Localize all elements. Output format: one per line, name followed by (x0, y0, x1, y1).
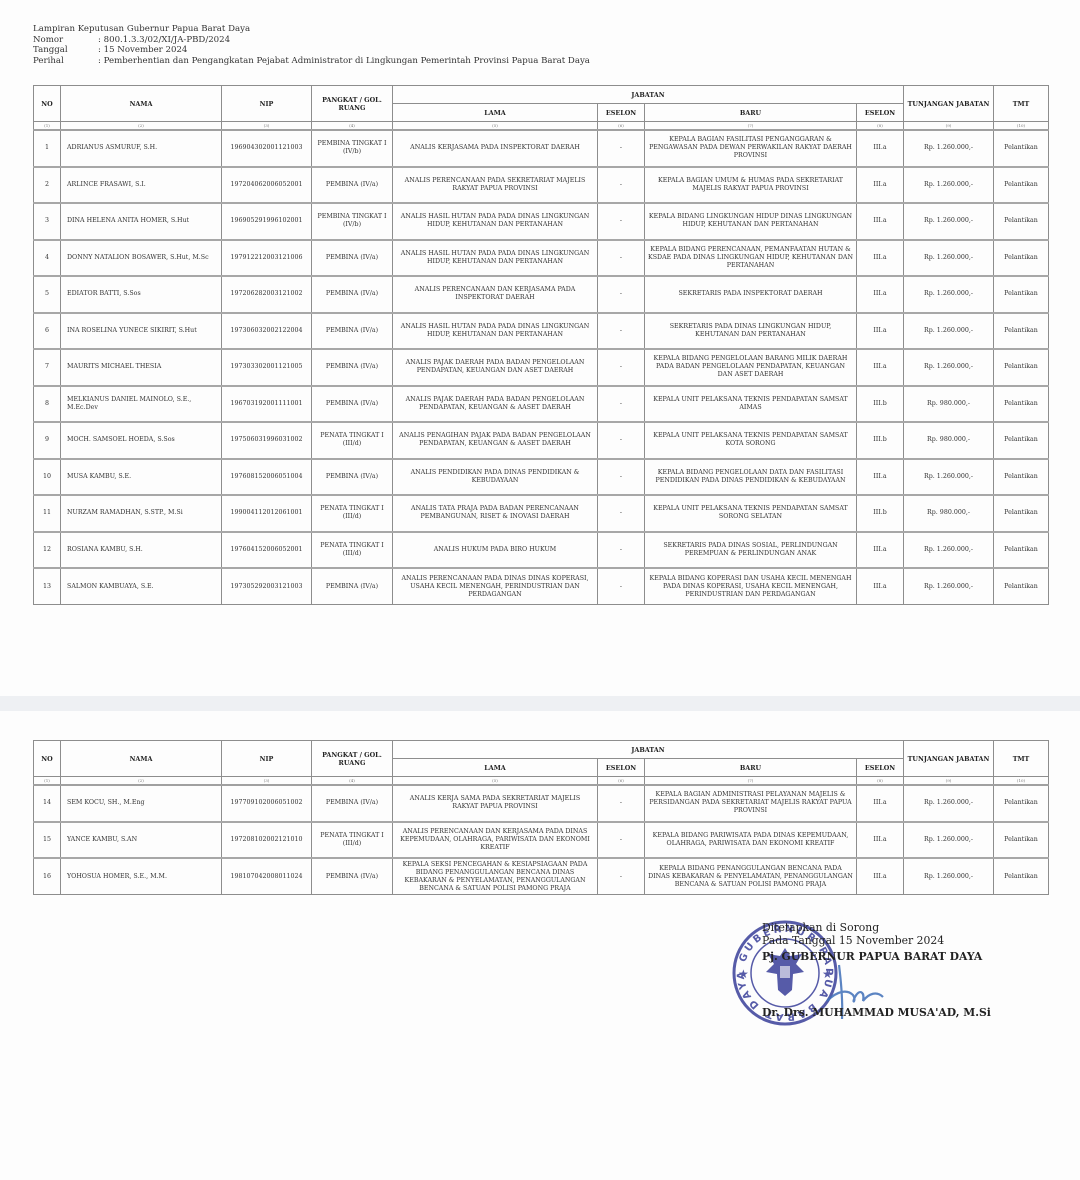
svg-text:★: ★ (738, 967, 749, 981)
row-nama: YANCE KAMBU, S.AN (61, 822, 222, 859)
row-eselon-baru: III.b (857, 495, 904, 532)
row-tunjangan: Rp. 1.260.000,- (904, 203, 994, 240)
signature-date: Pada Tanggal 15 November 2024 (762, 935, 991, 948)
table-row: 6INA ROSELINA YUNECE SIKIRIT, S.Hut19730… (34, 313, 1049, 350)
row-nama: ROSIANA KAMBU, S.H. (61, 532, 222, 569)
row-pangkat: PENATA TINGKAT I (III/d) (312, 822, 393, 859)
column-header-pangkat: PANGKAT / GOL. RUANG (312, 741, 393, 777)
table-row: 5EDIATOR BATTI, S.Sos197206282003121002P… (34, 276, 1049, 313)
row-jabatan-baru: KEPALA BIDANG KOPERASI DAN USAHA KECIL M… (645, 568, 857, 605)
row-nama: INA ROSELINA YUNECE SIKIRIT, S.Hut (61, 313, 222, 350)
column-header-nama: NAMA (61, 86, 222, 122)
column-index-10: (10) (994, 122, 1049, 131)
row-tunjangan: Rp. 1.260.000,- (904, 785, 994, 822)
row-jabatan-lama: ANALIS PERENCANAAN PADA SEKRETARIAT MAJE… (393, 167, 598, 204)
column-index-8: (8) (857, 122, 904, 131)
row-jabatan-lama: ANALIS PERENCANAAN DAN KERJASAMA PADA IN… (393, 276, 598, 313)
row-jabatan-baru: KEPALA UNIT PELAKSANA TEKNIS PENDAPATAN … (645, 422, 857, 459)
column-header-nama: NAMA (61, 741, 222, 777)
row-jabatan-baru: KEPALA BAGIAN ADMINISTRASI PELAYANAN MAJ… (645, 785, 857, 822)
column-header-tunjangan: TUNJANGAN JABATAN (904, 741, 994, 777)
row-nip: 197206282003121002 (222, 276, 312, 313)
row-pangkat: PEMBINA TINGKAT I (IV/b) (312, 130, 393, 167)
row-jabatan-lama: ANALIS PENAGIHAN PAJAK PADA BADAN PENGEL… (393, 422, 598, 459)
row-eselon-lama: - (598, 822, 645, 859)
row-no: 6 (34, 313, 61, 350)
column-index-10: (10) (994, 777, 1049, 786)
row-nip: 197608152006051004 (222, 459, 312, 496)
column-header-no: NO (34, 86, 61, 122)
table-row: 13SALMON KAMBUAYA, S.E.19730529200312100… (34, 568, 1049, 605)
document-page-1: Lampiran Keputusan Gubernur Papua Barat … (0, 0, 1080, 696)
table-row: 9MOCH. SAMSOEL HOEDA, S.Sos1975060319960… (34, 422, 1049, 459)
row-jabatan-lama: ANALIS HUKUM PADA BIRO HUKUM (393, 532, 598, 569)
row-nama: ARLINCE FRASAWI, S.I. (61, 167, 222, 204)
row-nama: SALMON KAMBUAYA, S.E. (61, 568, 222, 605)
table-row: 10MUSA KAMBU, S.E.197608152006051004PEMB… (34, 459, 1049, 496)
row-tmt: Pelantikan (994, 532, 1049, 569)
row-nip: 197306032002122004 (222, 313, 312, 350)
row-nip: 196904302001121003 (222, 130, 312, 167)
column-header-nip: NIP (222, 741, 312, 777)
row-jabatan-baru: KEPALA BIDANG LINGKUNGAN HIDUP DINAS LIN… (645, 203, 857, 240)
column-header-tmt: TMT (994, 86, 1049, 122)
row-nip: 198107042008011024 (222, 858, 312, 895)
column-header-tunjangan: TUNJANGAN JABATAN (904, 86, 994, 122)
column-header-jabatan: JABATAN (393, 741, 904, 759)
row-pangkat: PEMBINA (IV/a) (312, 349, 393, 386)
row-tmt: Pelantikan (994, 313, 1049, 350)
column-header-pangkat: PANGKAT / GOL. RUANG (312, 86, 393, 122)
signature-place: Ditetapkan di Sorong (762, 922, 991, 935)
row-jabatan-baru: KEPALA UNIT PELAKSANA TEKNIS PENDAPATAN … (645, 495, 857, 532)
row-tmt: Pelantikan (994, 822, 1049, 859)
column-index-7: (7) (645, 122, 857, 131)
row-nama: EDIATOR BATTI, S.Sos (61, 276, 222, 313)
row-tunjangan: Rp. 1.260.000,- (904, 130, 994, 167)
row-no: 8 (34, 386, 61, 423)
row-jabatan-lama: ANALIS KERJA SAMA PADA SEKRETARIAT MAJEL… (393, 785, 598, 822)
row-tunjangan: Rp. 1.260.000,- (904, 532, 994, 569)
row-jabatan-baru: KEPALA UNIT PELAKSANA TEKNIS PENDAPATAN … (645, 386, 857, 423)
row-tmt: Pelantikan (994, 349, 1049, 386)
column-header-eselon-baru: ESELON (857, 759, 904, 777)
signature-block: Ditetapkan di Sorong Pada Tanggal 15 Nov… (762, 922, 991, 1019)
row-nip: 197506031996031002 (222, 422, 312, 459)
row-no: 13 (34, 568, 61, 605)
table-row: 12ROSIANA KAMBU, S.H.197604152006052001P… (34, 532, 1049, 569)
row-no: 10 (34, 459, 61, 496)
column-index-8: (8) (857, 777, 904, 786)
row-eselon-baru: III.a (857, 459, 904, 496)
row-eselon-lama: - (598, 495, 645, 532)
row-eselon-lama: - (598, 785, 645, 822)
header-field-perihal: Perihal Pemberhentian dan Pengangkatan P… (33, 56, 590, 67)
row-eselon-baru: III.a (857, 822, 904, 859)
row-no: 11 (34, 495, 61, 532)
row-tmt: Pelantikan (994, 167, 1049, 204)
column-index-7: (7) (645, 777, 857, 786)
row-tmt: Pelantikan (994, 858, 1049, 895)
row-no: 15 (34, 822, 61, 859)
row-eselon-baru: III.a (857, 240, 904, 277)
row-jabatan-baru: KEPALA BIDANG PENANGGULANGAN BENCANA PAD… (645, 858, 857, 895)
column-index-1: (1) (34, 122, 61, 131)
row-jabatan-lama: ANALIS HASIL HUTAN PADA PADA DINAS LINGK… (393, 203, 598, 240)
row-nama: SEM KOCU, SH., M.Eng (61, 785, 222, 822)
row-nip: 197204062006052001 (222, 167, 312, 204)
page-break-gap (0, 696, 1080, 711)
column-header-no: NO (34, 741, 61, 777)
row-jabatan-lama: ANALIS HASIL HUTAN PADA PADA DINAS LINGK… (393, 313, 598, 350)
row-jabatan-baru: KEPALA BIDANG PERENCANAAN, PEMANFAATAN H… (645, 240, 857, 277)
header-title: Lampiran Keputusan Gubernur Papua Barat … (33, 24, 590, 35)
row-nama: NURZAM RAMADHAN, S.STP., M.Si (61, 495, 222, 532)
row-eselon-baru: III.a (857, 858, 904, 895)
row-eselon-lama: - (598, 386, 645, 423)
row-nip: 197305292003121003 (222, 568, 312, 605)
column-index-1: (1) (34, 777, 61, 786)
row-tmt: Pelantikan (994, 276, 1049, 313)
column-index-3: (3) (222, 777, 312, 786)
row-eselon-baru: III.b (857, 386, 904, 423)
row-jabatan-baru: SEKRETARIS PADA DINAS LINGKUNGAN HIDUP, … (645, 313, 857, 350)
header-field-tanggal: Tanggal 15 November 2024 (33, 45, 590, 56)
row-tunjangan: Rp. 1.260.000,- (904, 459, 994, 496)
column-index-4: (4) (312, 777, 393, 786)
row-tunjangan: Rp. 1.260.000,- (904, 822, 994, 859)
row-pangkat: PEMBINA (IV/a) (312, 313, 393, 350)
row-jabatan-lama: ANALIS PERENCANAAN DAN KERJASAMA PADA DI… (393, 822, 598, 859)
row-jabatan-lama: ANALIS HASIL HUTAN PADA PADA DINAS LINGK… (393, 240, 598, 277)
row-jabatan-lama: ANALIS KERJASAMA PADA INSPEKTORAT DAERAH (393, 130, 598, 167)
row-eselon-lama: - (598, 568, 645, 605)
row-jabatan-baru: KEPALA BAGIAN UMUM & HUMAS PADA SEKRETAR… (645, 167, 857, 204)
row-eselon-baru: III.a (857, 167, 904, 204)
row-eselon-lama: - (598, 130, 645, 167)
column-header-lama: LAMA (393, 104, 598, 122)
row-eselon-baru: III.a (857, 785, 904, 822)
row-nama: DONNY NATALION BOSAWER, S.Hut, M.Sc (61, 240, 222, 277)
row-eselon-baru: III.b (857, 422, 904, 459)
row-jabatan-lama: ANALIS TATA PRAJA PADA BADAN PERENCANAAN… (393, 495, 598, 532)
row-tunjangan: Rp. 1.260.000,- (904, 313, 994, 350)
row-jabatan-lama: ANALIS PENDIDIKAN PADA DINAS PENDIDIKAN … (393, 459, 598, 496)
row-no: 7 (34, 349, 61, 386)
row-jabatan-baru: SEKRETARIS PADA INSPEKTORAT DAERAH (645, 276, 857, 313)
row-tunjangan: Rp. 980.000,- (904, 422, 994, 459)
column-index-6: (6) (598, 122, 645, 131)
row-pangkat: PENATA TINGKAT I (III/d) (312, 422, 393, 459)
column-header-eselon-lama: ESELON (598, 759, 645, 777)
row-tmt: Pelantikan (994, 785, 1049, 822)
row-tunjangan: Rp. 1.260.000,- (904, 349, 994, 386)
row-nip: 197604152006052001 (222, 532, 312, 569)
row-pangkat: PENATA TINGKAT I (III/d) (312, 532, 393, 569)
row-nip: 197208102002121010 (222, 822, 312, 859)
row-eselon-lama: - (598, 858, 645, 895)
row-eselon-baru: III.a (857, 313, 904, 350)
row-eselon-baru: III.a (857, 203, 904, 240)
row-nama: ADRIANUS ASMURUF, S.H. (61, 130, 222, 167)
row-tunjangan: Rp. 980.000,- (904, 386, 994, 423)
table-row: 3DINA HELENA ANITA HOMER, S.Hut196905291… (34, 203, 1049, 240)
row-jabatan-baru: KEPALA BIDANG PENGELOLAAN BARANG MILIK D… (645, 349, 857, 386)
row-nip: 197709102006051002 (222, 785, 312, 822)
row-tunjangan: Rp. 1.260.000,- (904, 276, 994, 313)
row-tunjangan: Rp. 980.000,- (904, 495, 994, 532)
column-header-jabatan: JABATAN (393, 86, 904, 104)
row-nama: YOHOSUA HOMER, S.E., M.M. (61, 858, 222, 895)
row-no: 9 (34, 422, 61, 459)
row-nip: 196703192001111001 (222, 386, 312, 423)
row-no: 12 (34, 532, 61, 569)
row-pangkat: PEMBINA (IV/a) (312, 276, 393, 313)
column-index-9: (9) (904, 777, 994, 786)
row-eselon-lama: - (598, 203, 645, 240)
row-nama: MUSA KAMBU, S.E. (61, 459, 222, 496)
row-tmt: Pelantikan (994, 240, 1049, 277)
document-page-2: NONAMANIPPANGKAT / GOL. RUANGJABATANTUNJ… (0, 711, 1080, 1180)
row-tmt: Pelantikan (994, 459, 1049, 496)
row-jabatan-lama: ANALIS PAJAK DAERAH PADA BADAN PENGELOLA… (393, 349, 598, 386)
column-index-9: (9) (904, 122, 994, 131)
row-nip: 197303302001121005 (222, 349, 312, 386)
column-header-nip: NIP (222, 86, 312, 122)
column-index-2: (2) (61, 777, 222, 786)
row-tmt: Pelantikan (994, 203, 1049, 240)
row-tunjangan: Rp. 1.260.000,- (904, 240, 994, 277)
row-no: 5 (34, 276, 61, 313)
signature-position: Pj. GUBERNUR PAPUA BARAT DAYA (762, 951, 991, 964)
signatory-name: Dr. Drs. MUHAMMAD MUSA'AD, M.Si (762, 1007, 991, 1020)
column-header-lama: LAMA (393, 759, 598, 777)
row-eselon-lama: - (598, 313, 645, 350)
row-eselon-lama: - (598, 276, 645, 313)
row-eselon-lama: - (598, 349, 645, 386)
row-pangkat: PEMBINA (IV/a) (312, 386, 393, 423)
table-row: 2ARLINCE FRASAWI, S.I.197204062006052001… (34, 167, 1049, 204)
row-tmt: Pelantikan (994, 568, 1049, 605)
row-eselon-baru: III.a (857, 349, 904, 386)
row-no: 2 (34, 167, 61, 204)
row-tunjangan: Rp. 1.260.000,- (904, 167, 994, 204)
row-tunjangan: Rp. 1.260.000,- (904, 568, 994, 605)
row-jabatan-baru: KEPALA BIDANG PARIWISATA PADA DINAS KEPE… (645, 822, 857, 859)
row-eselon-lama: - (598, 422, 645, 459)
row-tmt: Pelantikan (994, 495, 1049, 532)
document-header: Lampiran Keputusan Gubernur Papua Barat … (33, 24, 590, 66)
row-eselon-lama: - (598, 532, 645, 569)
row-pangkat: PEMBINA (IV/a) (312, 240, 393, 277)
row-nama: MAURITS MICHAEL THESIA (61, 349, 222, 386)
row-no: 1 (34, 130, 61, 167)
column-index-3: (3) (222, 122, 312, 131)
row-eselon-lama: - (598, 167, 645, 204)
row-eselon-baru: III.a (857, 532, 904, 569)
table-row: 7MAURITS MICHAEL THESIA19730330200112100… (34, 349, 1049, 386)
row-tunjangan: Rp. 1.260.000,- (904, 858, 994, 895)
row-nama: MOCH. SAMSOEL HOEDA, S.Sos (61, 422, 222, 459)
row-pangkat: PEMBINA (IV/a) (312, 167, 393, 204)
row-no: 4 (34, 240, 61, 277)
row-no: 3 (34, 203, 61, 240)
row-jabatan-lama: ANALIS PAJAK DAERAH PADA BADAN PENGELOLA… (393, 386, 598, 423)
row-eselon-baru: III.a (857, 568, 904, 605)
row-pangkat: PEMBINA (IV/a) (312, 785, 393, 822)
appointment-table-page-2: NONAMANIPPANGKAT / GOL. RUANGJABATANTUNJ… (33, 740, 1049, 895)
row-tmt: Pelantikan (994, 386, 1049, 423)
table-row: 11NURZAM RAMADHAN, S.STP., M.Si199004112… (34, 495, 1049, 532)
row-no: 14 (34, 785, 61, 822)
row-pangkat: PENATA TINGKAT I (III/d) (312, 495, 393, 532)
column-index-2: (2) (61, 122, 222, 131)
row-nip: 199004112012061001 (222, 495, 312, 532)
row-pangkat: PEMBINA (IV/a) (312, 459, 393, 496)
column-header-eselon-baru: ESELON (857, 104, 904, 122)
row-nama: DINA HELENA ANITA HOMER, S.Hut (61, 203, 222, 240)
column-header-tmt: TMT (994, 741, 1049, 777)
row-eselon-baru: III.a (857, 276, 904, 313)
column-index-5: (5) (393, 122, 598, 131)
table-row: 16YOHOSUA HOMER, S.E., M.M.1981070420080… (34, 858, 1049, 895)
column-header-eselon-lama: ESELON (598, 104, 645, 122)
row-pangkat: PEMBINA (IV/a) (312, 858, 393, 895)
row-no: 16 (34, 858, 61, 895)
table-row: 14SEM KOCU, SH., M.Eng197709102006051002… (34, 785, 1049, 822)
table-row: 8MELKIANUS DANIEL MAINOLO, S.E., M.Ec.De… (34, 386, 1049, 423)
row-jabatan-baru: KEPALA BAGIAN FASILITASI PENGANGGARAN & … (645, 130, 857, 167)
row-pangkat: PEMBINA TINGKAT I (IV/b) (312, 203, 393, 240)
column-header-baru: BARU (645, 104, 857, 122)
row-nama: MELKIANUS DANIEL MAINOLO, S.E., M.Ec.Dev (61, 386, 222, 423)
row-eselon-baru: III.a (857, 130, 904, 167)
table-row: 15YANCE KAMBU, S.AN197208102002121010PEN… (34, 822, 1049, 859)
table-row: 4DONNY NATALION BOSAWER, S.Hut, M.Sc1979… (34, 240, 1049, 277)
row-jabatan-baru: KEPALA BIDANG PENGELOLAAN DATA DAN FASIL… (645, 459, 857, 496)
header-field-nomor: Nomor 800.1.3.3/02/XI/JA-PBD/2024 (33, 35, 590, 46)
column-index-4: (4) (312, 122, 393, 131)
row-tmt: Pelantikan (994, 422, 1049, 459)
appointment-table-page-1: NONAMANIPPANGKAT / GOL. RUANGJABATANTUNJ… (33, 85, 1049, 605)
row-nip: 196905291996102001 (222, 203, 312, 240)
row-eselon-lama: - (598, 459, 645, 496)
row-pangkat: PEMBINA (IV/a) (312, 568, 393, 605)
column-index-6: (6) (598, 777, 645, 786)
row-eselon-lama: - (598, 240, 645, 277)
column-index-5: (5) (393, 777, 598, 786)
row-jabatan-lama: KEPALA SEKSI PENCEGAHAN & KESIAPSIAGAAN … (393, 858, 598, 895)
row-tmt: Pelantikan (994, 130, 1049, 167)
row-jabatan-baru: SEKRETARIS PADA DINAS SOSIAL, PERLINDUNG… (645, 532, 857, 569)
row-jabatan-lama: ANALIS PERENCANAAN PADA DINAS DINAS KOPE… (393, 568, 598, 605)
column-header-baru: BARU (645, 759, 857, 777)
row-nip: 197912212003121006 (222, 240, 312, 277)
table-row: 1ADRIANUS ASMURUF, S.H.19690430200112100… (34, 130, 1049, 167)
